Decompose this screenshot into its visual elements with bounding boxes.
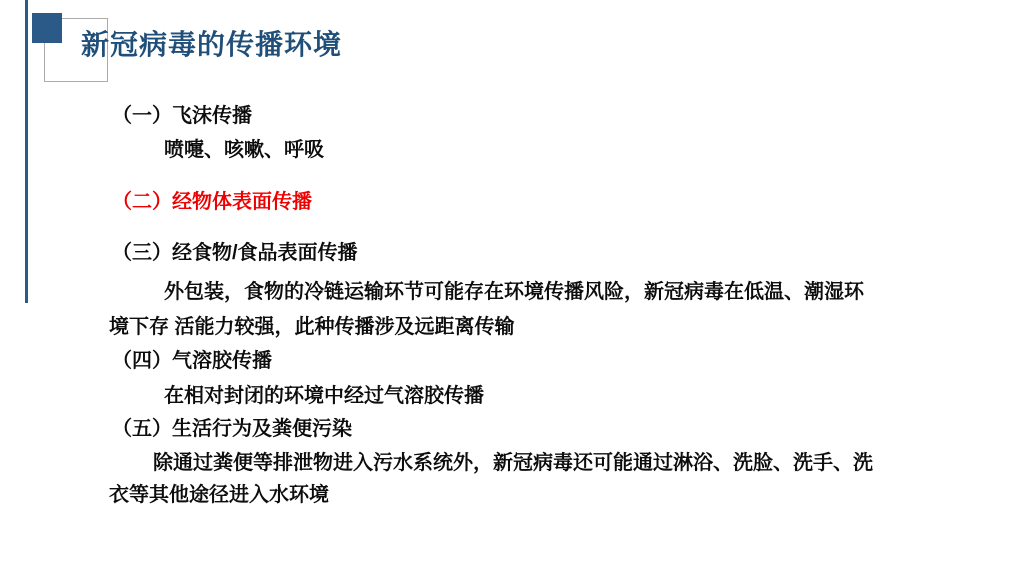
left-accent-line xyxy=(25,0,28,303)
bullet-item-5-detail-line-2: 衣等其他途径进入水环境 xyxy=(109,483,329,507)
bullet-item-5: （五）生活行为及粪便污染 xyxy=(112,417,352,441)
bullet-item-1: （一）飞沫传播 xyxy=(112,104,252,128)
bullet-item-3-detail-line-1: 外包装，食物的冷链运输环节可能存在环境传播风险，新冠病毒在低温、潮湿环 xyxy=(164,280,864,304)
slide-canvas: 新冠病毒的传播环境 （一）飞沫传播 喷嚏、咳嗽、呼吸 （二）经物体表面传播 （三… xyxy=(0,0,1024,575)
bullet-item-4-detail: 在相对封闭的环境中经过气溶胶传播 xyxy=(164,384,484,408)
decorative-filled-square xyxy=(32,13,62,43)
bullet-item-2-highlighted: （二）经物体表面传播 xyxy=(112,190,312,214)
bullet-item-5-detail-line-1: 除通过粪便等排泄物进入污水系统外，新冠病毒还可能通过淋浴、洗脸、洗手、洗 xyxy=(153,451,873,475)
bullet-item-3: （三）经食物/食品表面传播 xyxy=(112,241,358,265)
bullet-item-4: （四）气溶胶传播 xyxy=(112,349,272,373)
bullet-item-3-detail-line-2: 境下存 活能力较强，此种传播涉及远距离传输 xyxy=(109,315,515,339)
bullet-item-1-detail: 喷嚏、咳嗽、呼吸 xyxy=(164,138,324,162)
page-title: 新冠病毒的传播环境 xyxy=(81,29,342,61)
